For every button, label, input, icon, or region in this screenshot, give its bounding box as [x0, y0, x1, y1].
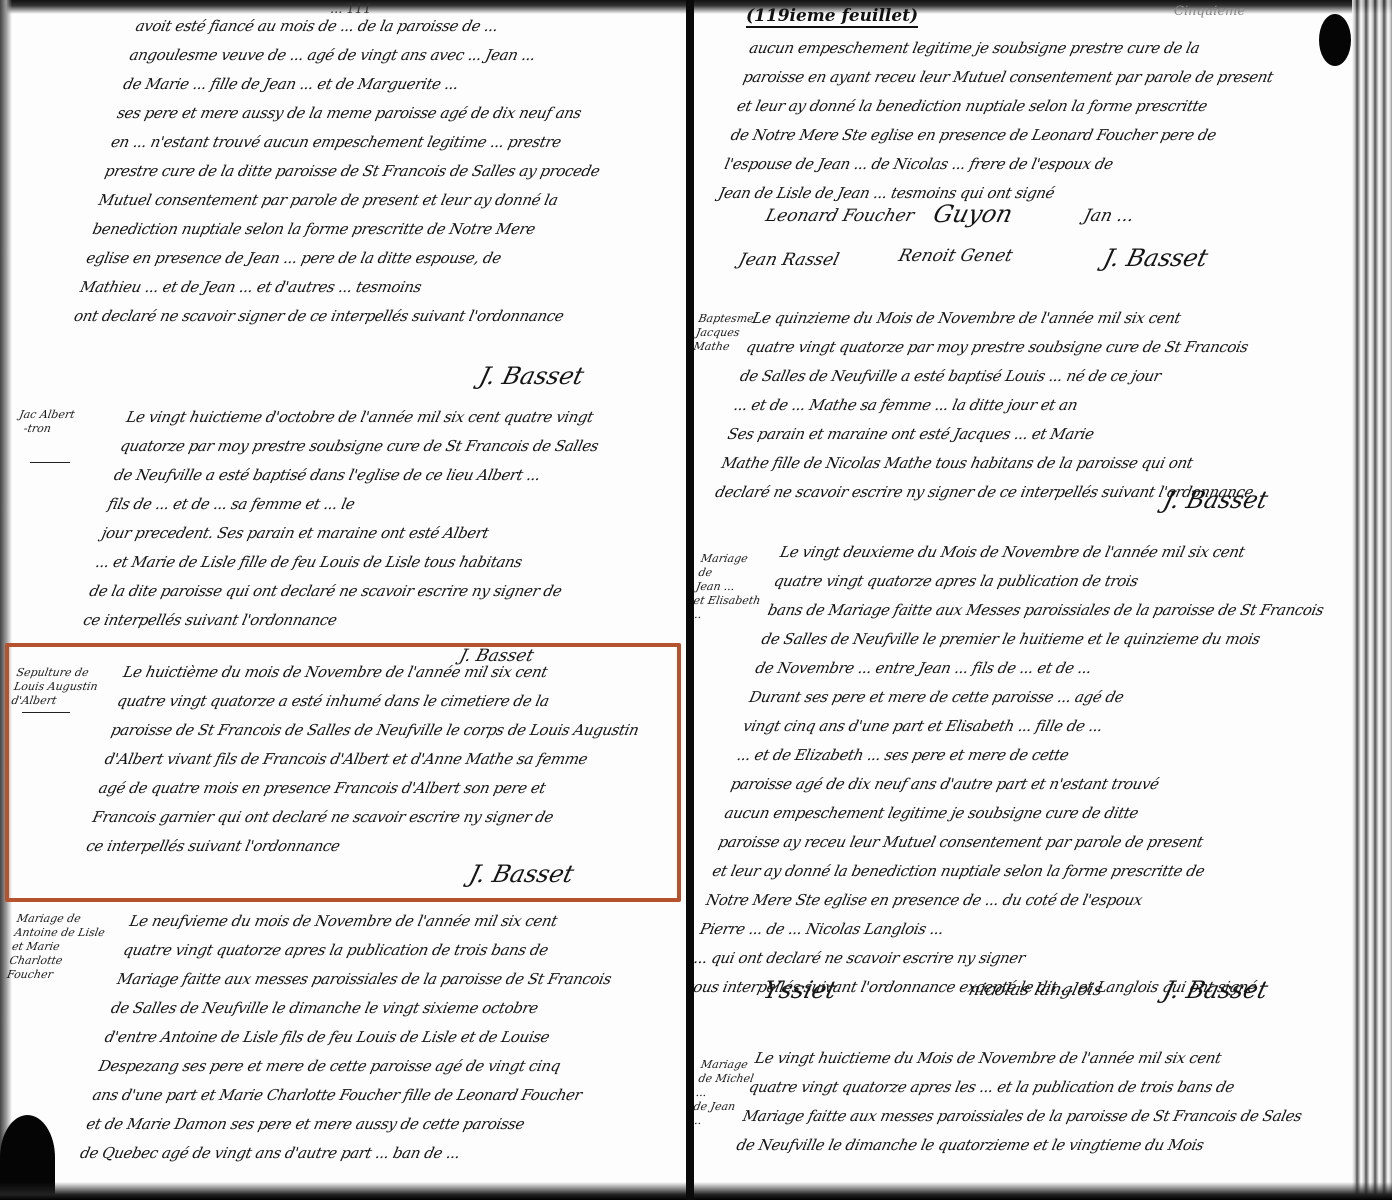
entry-line: et de Marie Damon ses pere et mere aussy…: [83, 1110, 583, 1139]
priest-signature: J. Basset: [1161, 486, 1271, 514]
folio-label: (119ieme feuillet): [746, 6, 918, 26]
entry-line: avoit esté fiancé au mois de ... de la p…: [133, 12, 633, 41]
entry-line: quatre vingt quatorze par moy prestre so…: [743, 333, 1287, 362]
entry-line: eglise en presence de Jean ... pere de l…: [83, 244, 583, 273]
entry-line: en ... n'estant trouvé aucun empeschemen…: [108, 128, 608, 157]
entry-line: quatre vingt quatorze a esté inhumé dans…: [114, 687, 647, 716]
entry-line: Notre Mere Ste eglise en presence de ...…: [703, 886, 1278, 915]
entry-line: prestre cure de la ditte paroisse de St …: [102, 157, 602, 186]
entry-line: vingt cinq ans d'une part et Elisabeth .…: [740, 712, 1315, 741]
entry-line: bans de Mariage faitte aux Messes parois…: [765, 596, 1340, 625]
witness-signature: nicolas langlois: [967, 980, 1105, 1000]
entry-line: paroisse de St Francois de Salles de Neu…: [108, 716, 641, 745]
entry-line: Francois garnier qui ont declaré ne scav…: [90, 803, 623, 832]
entry-line: Le neufvieme du mois de Novembre de l'an…: [127, 907, 627, 936]
priest-signature: J. Basset: [1101, 244, 1211, 272]
entry-line: quatre vingt quatorze apres la publicati…: [771, 567, 1346, 596]
entry-line: ses pere et mere aussy de la meme parois…: [114, 99, 614, 128]
register-entry-burial-dalbert: Le huictième du mois de Novembre de l'an…: [83, 658, 653, 861]
register-entry-continued: aucun empeschement legitime je soubsigne…: [716, 34, 1283, 208]
entry-line: angoulesme veuve de ... agé de vingt ans…: [127, 41, 627, 70]
entry-line: et leur ay donné la benediction nuptiale…: [734, 92, 1270, 121]
entry-line: Le quinzieme du Mois de Novembre de l'an…: [749, 304, 1293, 333]
entry-line: paroisse ay receu leur Mutuel consenteme…: [716, 828, 1291, 857]
entry-line: paroisse en ayant receu leur Mutuel cons…: [740, 63, 1276, 92]
entry-line: jour precedent. Ses parain et maraine on…: [99, 519, 583, 548]
entry-line: de Neufville a esté baptisé dans l'eglis…: [111, 461, 595, 490]
margin-note-marriage: Mariage de Antoine de Lisle et Marie Cha…: [6, 912, 109, 982]
margin-note-marriage: Mariage de Jean ... et Elisabeth ...: [694, 552, 769, 622]
register-entry-baptism: Le vingt huictieme d'octobre de l'année …: [80, 403, 607, 635]
entry-line: de Salles de Neufville le premier le hui…: [759, 625, 1334, 654]
entry-line: Ses parain et maraine ont esté Jacques .…: [725, 420, 1269, 449]
register-entry-marriage: Le vingt huictieme du Mois de Novembre d…: [734, 1044, 1317, 1160]
entry-line: ... qui ont declaré ne scavoir escrire n…: [694, 944, 1266, 973]
entry-line: Mariage faitte aux messes paroissiales d…: [114, 965, 614, 994]
entry-line: l'espouse de Jean ... de Nicolas ... fre…: [722, 150, 1258, 179]
entry-line: quatorze par moy prestre soubsigne cure …: [117, 432, 601, 461]
entry-line: Mutuel consentement par parole de presen…: [96, 186, 596, 215]
entry-line: Le vingt huictieme du Mois de Novembre d…: [752, 1044, 1317, 1073]
priest-signature: J. Basset: [1161, 976, 1271, 1004]
entry-line: Le vingt deuxieme du Mois de Novembre de…: [777, 538, 1352, 567]
entry-line: de Neufville le dimanche le quatorzieme …: [734, 1131, 1299, 1160]
margin-rule: [22, 712, 70, 713]
entry-line: ans d'une part et Marie Charlotte Fouche…: [90, 1081, 590, 1110]
witness-signature: Jean Rassel: [737, 250, 842, 270]
witness-signature: Jan ...: [1082, 206, 1137, 226]
entry-line: aucun empeschement legitime je soubsigne…: [722, 799, 1297, 828]
entry-line: Mathieu ... et de Jean ... et d'autres .…: [77, 273, 577, 302]
witness-signature: Renoit Genet: [897, 246, 1015, 266]
entry-line: de Quebec agé de vingt ans d'autre part …: [77, 1139, 577, 1168]
entry-line: agé de quatre mois en presence Francois …: [96, 774, 629, 803]
register-entry-baptism: Le quinzieme du Mois de Novembre de l'an…: [712, 304, 1293, 507]
register-entry-marriage: Le vingt deuxieme du Mois de Novembre de…: [694, 538, 1352, 1002]
entry-line: ce interpellés suivant l'ordonnance: [80, 606, 564, 635]
entry-line: de Salles de Neufville le dimanche le vi…: [108, 994, 608, 1023]
entry-line: benediction nuptiale selon la forme pres…: [90, 215, 590, 244]
folio-text: (119ieme feuillet): [746, 6, 918, 28]
priest-signature: J. Basset: [467, 860, 577, 888]
witness-signature: Guyon: [931, 200, 1016, 228]
register-entry-marriage: Le neufvieme du mois de Novembre de l'an…: [77, 907, 626, 1168]
entry-line: de Salles de Neufville a esté baptisé Lo…: [737, 362, 1281, 391]
entry-line: quatre vingt quatorze apres les ... et l…: [746, 1073, 1311, 1102]
entry-line: ... et de ... Mathe sa femme ... la ditt…: [731, 391, 1275, 420]
entry-line: de Notre Mere Ste eglise en presence de …: [728, 121, 1264, 150]
page-outer-edge: [0, 0, 12, 1200]
entry-line: Le huictième du mois de Novembre de l'an…: [120, 658, 653, 687]
entry-line: Mariage faitte aux messes paroissiales d…: [740, 1102, 1305, 1131]
faint-header-text: Cinquieme: [1174, 4, 1245, 19]
page-bottom-edge: [0, 1182, 690, 1200]
page-bottom-edge: [694, 1182, 1392, 1200]
margin-note-baptism: Jac Albert -tron: [16, 408, 76, 436]
entry-line: ... et Marie de Lisle fille de feu Louis…: [93, 548, 577, 577]
witness-signature: Leonard Foucher: [764, 206, 917, 226]
entry-line: Pierre ... de ... Nicolas Langlois ...: [697, 915, 1272, 944]
entry-line: de Novembre ... entre Jean ... fils de .…: [752, 654, 1327, 683]
entry-line: d'Albert vivant fils de Francois d'Alber…: [102, 745, 635, 774]
entry-line: paroisse agé de dix neuf ans d'autre par…: [728, 770, 1303, 799]
entry-line: et leur ay donné la benediction nuptiale…: [709, 857, 1284, 886]
entry-line: fils de ... et de ... sa femme et ... le: [105, 490, 589, 519]
entry-line: ... et de Elizabeth ... ses pere et mere…: [734, 741, 1309, 770]
entry-line: Despezang ses pere et mere de cette paro…: [96, 1052, 596, 1081]
entry-line: de la dite paroisse qui ont declaré ne s…: [87, 577, 571, 606]
witness-signature: Yssiet: [761, 976, 840, 1004]
entry-line: Mathe fille de Nicolas Mathe tous habita…: [719, 449, 1263, 478]
right-page: (119ieme feuillet) Cinquieme aucun empes…: [694, 0, 1392, 1200]
ink-blot: [1319, 14, 1351, 66]
entry-line: de Marie ... fille de Jean ... et de Mar…: [120, 70, 620, 99]
page-outer-edge: [1352, 0, 1392, 1200]
entry-line: d'entre Antoine de Lisle fils de feu Lou…: [102, 1023, 602, 1052]
entry-line: ce interpellés suivant l'ordonnance: [83, 832, 616, 861]
left-page: ... 111 avoit esté fiancé au mois de ...…: [0, 0, 690, 1200]
entry-line: ont declaré ne scavoir signer de ce inte…: [71, 302, 571, 331]
margin-note-burial: Sepulture de Louis Augustin d'Albert: [10, 666, 101, 708]
register-entry-continued: avoit esté fiancé au mois de ... de la p…: [71, 12, 633, 331]
entry-line: aucun empeschement legitime je soubsigne…: [746, 34, 1282, 63]
priest-signature: J. Basset: [477, 362, 587, 390]
entry-line: Durant ses pere et mere de cette paroiss…: [746, 683, 1321, 712]
margin-rule: [30, 462, 70, 463]
entry-line: Le vingt huictieme d'octobre de l'année …: [123, 403, 607, 432]
entry-line: quatre vingt quatorze apres la publicati…: [120, 936, 620, 965]
